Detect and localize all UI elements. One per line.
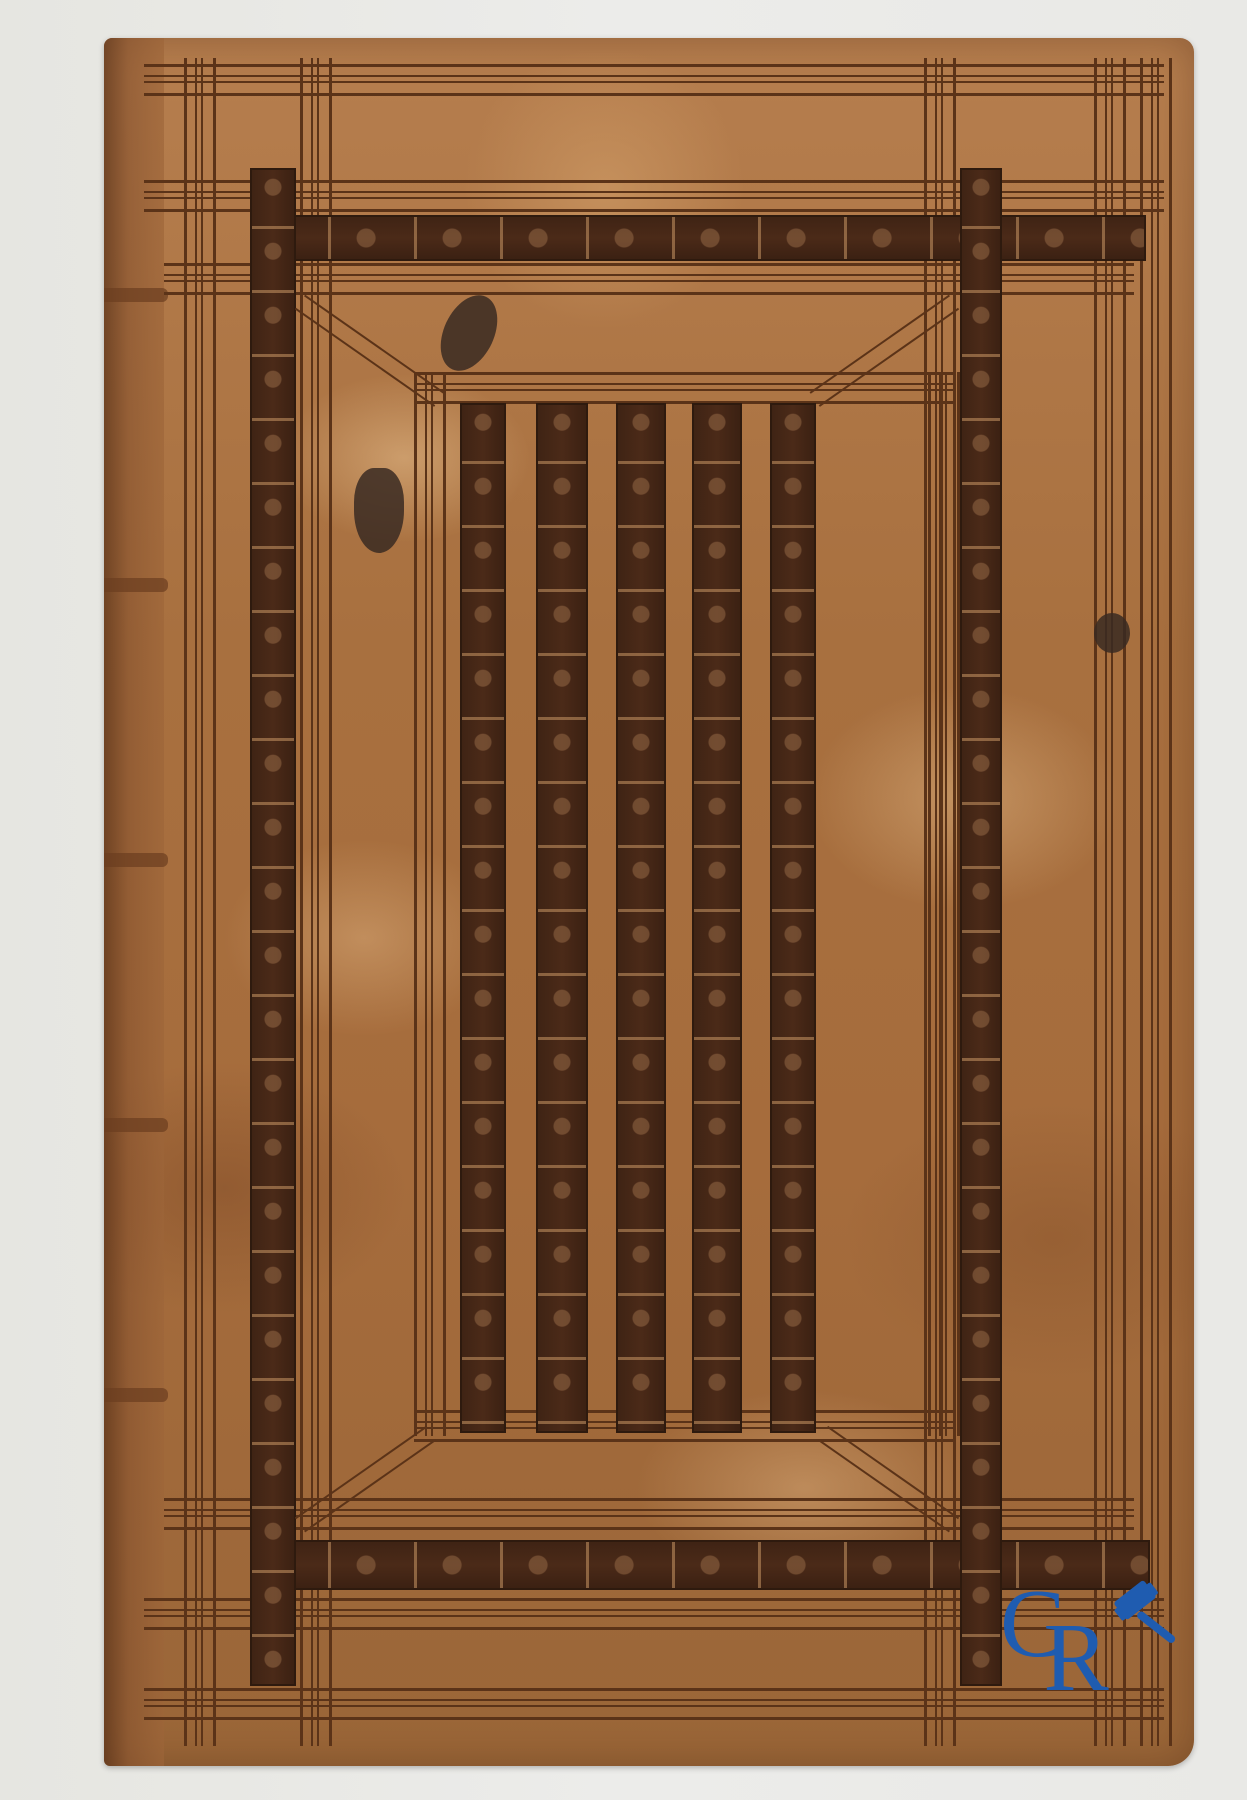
raised-cord: [104, 288, 168, 302]
fillet-line-right-edge: [1140, 58, 1172, 1746]
fillet-line-top-inner: [144, 180, 1164, 212]
central-stamped-band-1: [460, 403, 506, 1433]
fillet-line-left-outer: [184, 58, 216, 1746]
stamped-roll-band-left: [250, 168, 296, 1686]
stamped-roll-band-right: [960, 168, 1002, 1686]
central-stamped-band-2: [536, 403, 588, 1433]
central-stamped-band-4: [692, 403, 742, 1433]
stamped-roll-band-top: [250, 215, 1146, 261]
fillet-line-top-outer: [144, 64, 1164, 96]
fillet-line-right-outer: [1094, 58, 1126, 1746]
raised-cord: [104, 1118, 168, 1132]
central-panel-left-fillet: [414, 372, 446, 1436]
watermark-letter-c: C: [1000, 1570, 1043, 1678]
ink-stain-top: [429, 286, 508, 380]
book-cover: [104, 38, 1194, 1766]
auction-house-watermark: CR: [1000, 1575, 1185, 1715]
raised-cord: [104, 853, 168, 867]
watermark-monogram: CR: [1000, 1575, 1087, 1673]
central-panel-top-fillet: [414, 372, 954, 404]
ink-stain-left: [354, 468, 404, 553]
raised-cord: [104, 578, 168, 592]
ink-stain-right: [1094, 613, 1130, 653]
central-stamped-band-3: [616, 403, 666, 1433]
raised-cord: [104, 1388, 168, 1402]
central-panel-right-fillet: [928, 372, 960, 1436]
gavel-icon: [1108, 1575, 1188, 1655]
central-stamped-band-5: [770, 403, 816, 1433]
watermark-letter-r: R: [1043, 1604, 1086, 1712]
